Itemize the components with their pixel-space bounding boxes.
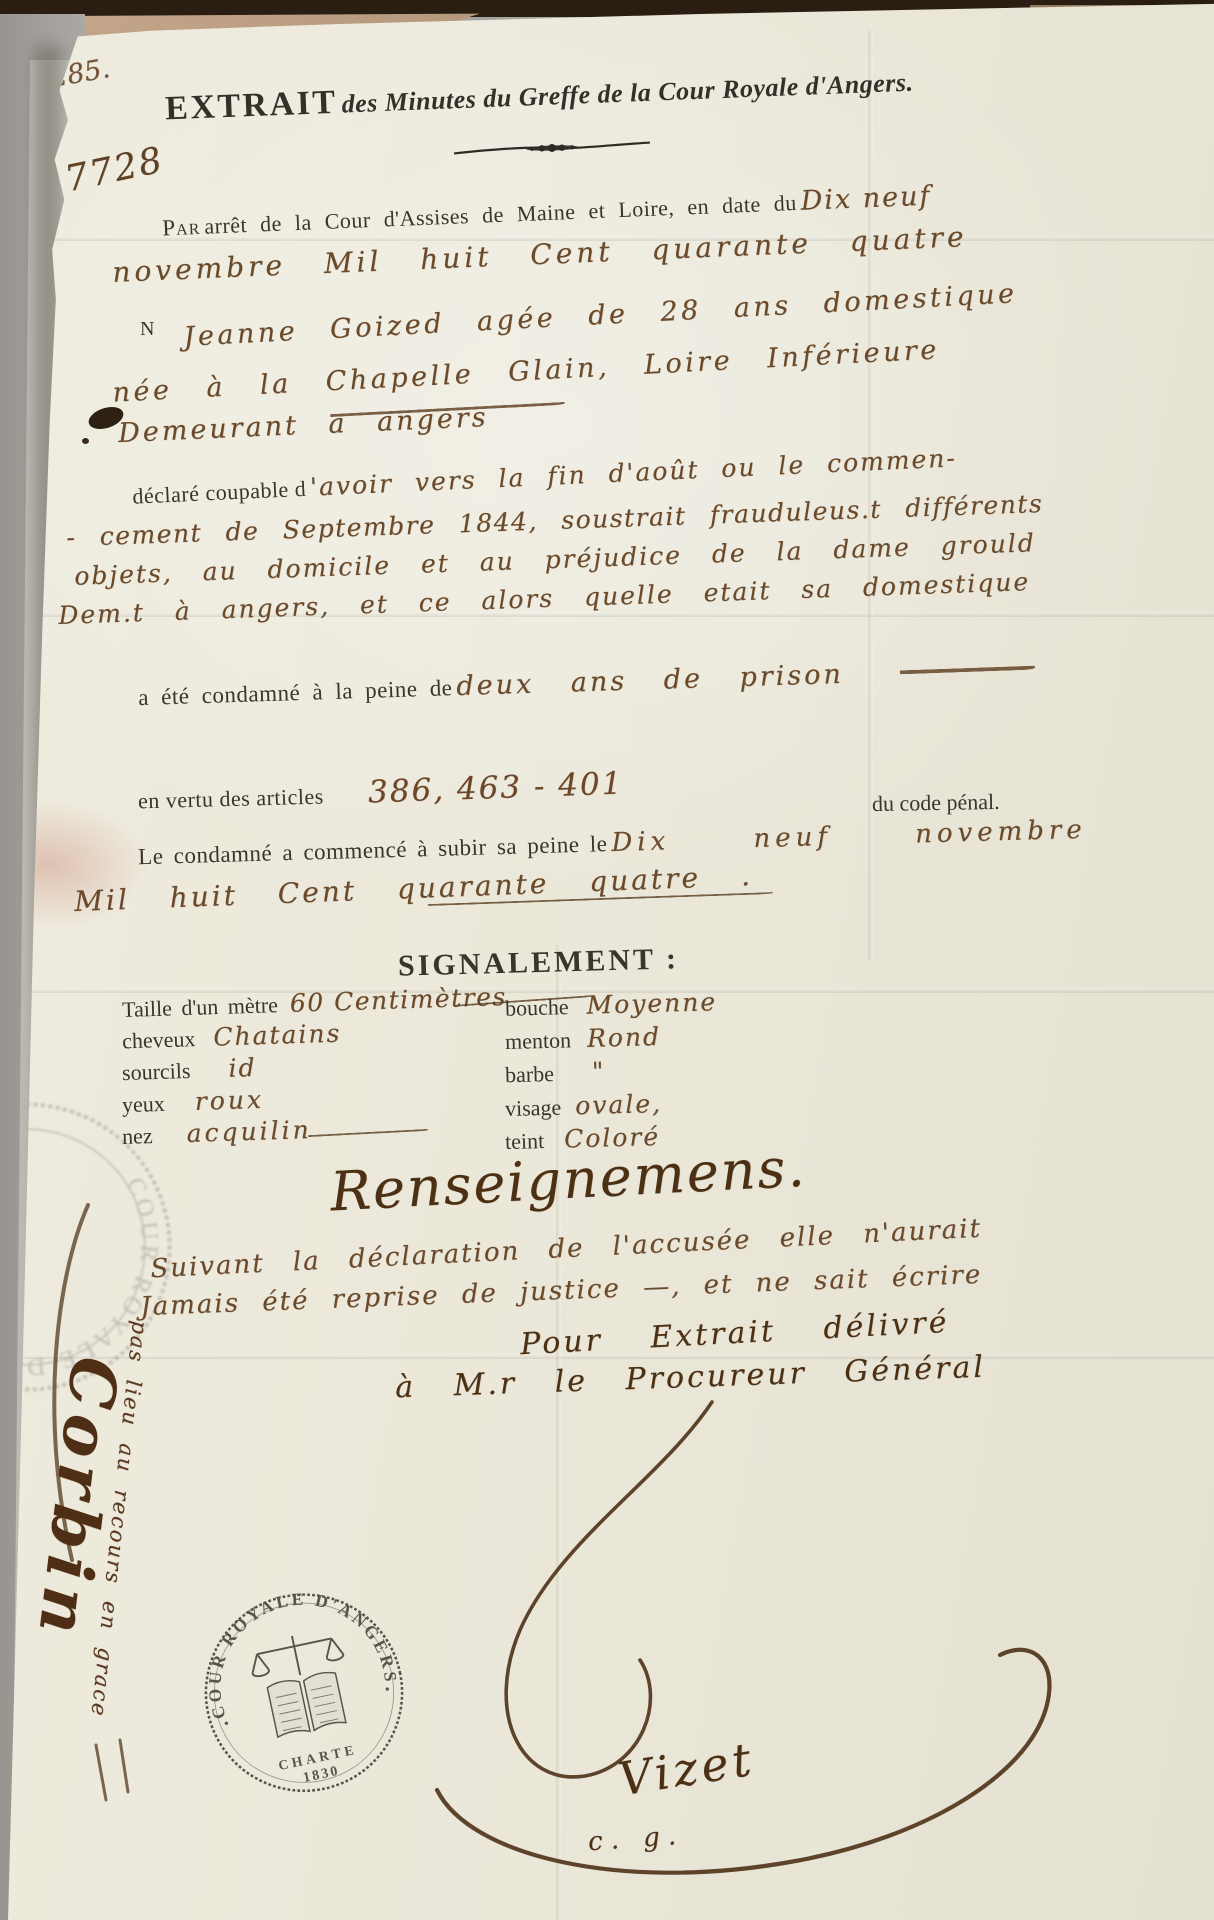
- signature: Vizet: [615, 1732, 759, 1807]
- signature-postscript: c. g.: [587, 1821, 685, 1858]
- signalement-label: visage: [505, 1095, 562, 1121]
- signalement-heading: SIGNALEMENT :: [398, 942, 680, 983]
- ink-dot: [82, 438, 89, 444]
- commence-handwritten-1: Dix neuf novembre: [611, 815, 1087, 858]
- signalement-value: ": [591, 1057, 603, 1086]
- code-penal-print: du code pénal.: [872, 789, 1000, 817]
- ink-dash: [900, 666, 1035, 675]
- signalement-label: barbe: [505, 1061, 554, 1087]
- arret-date-handwritten: Dix neuf: [800, 181, 932, 217]
- guilty-handwritten-1: 'avoir vers la fin d'août ou le commen-: [309, 443, 957, 501]
- signalement-row: menton Rond: [505, 1022, 662, 1055]
- signalement-value: id: [228, 1053, 257, 1083]
- signalement-row: yeux roux: [122, 1085, 265, 1118]
- title-lead: EXTRAIT: [165, 84, 339, 128]
- title-rest: des Minutes du Greffe de la Cour Royale …: [341, 68, 914, 119]
- signalement-label: menton: [505, 1027, 572, 1054]
- document-paper: COUR ROYALE D'ANGERS 285. EXTRAIT des Mi…: [0, 0, 1214, 1920]
- commence-print: Le condamné a commencé à subir sa peine …: [138, 831, 608, 869]
- articles-print: en vertu des articles: [138, 784, 324, 815]
- renseignements-heading: Renseignemens.: [329, 1136, 808, 1224]
- signalement-label: bouche: [505, 994, 569, 1021]
- signalement-value: roux: [194, 1085, 264, 1116]
- signalement-value: Moyenne: [586, 987, 717, 1019]
- document-title: EXTRAIT des Minutes du Greffe de la Cour…: [165, 62, 915, 129]
- ink-flourish: [308, 1129, 428, 1137]
- signalement-value: Rond: [587, 1022, 662, 1053]
- signalement-value: acquilin: [186, 1115, 312, 1148]
- signalement-row: sourcils id: [122, 1053, 257, 1086]
- arret-lead: Par: [162, 214, 201, 241]
- signalement-label: nez: [122, 1123, 153, 1149]
- sentence-print: a été condamné à la peine de: [138, 675, 453, 710]
- charter-tablets-icon: [267, 1670, 346, 1738]
- articles-handwritten: 386, 463 - 401: [367, 766, 624, 811]
- signalement-row: barbe ": [505, 1057, 604, 1089]
- guilty-print: déclaré coupable d: [132, 476, 307, 509]
- signalement-value: 60 Centimètres: [289, 982, 507, 1018]
- photo-of-document: COUR ROYALE D'ANGERS 285. EXTRAIT des Mi…: [0, 0, 1214, 1920]
- signalement-label: cheveux: [122, 1026, 196, 1053]
- title-ornament: [452, 135, 653, 164]
- signalement-label: sourcils: [122, 1058, 191, 1085]
- signalement-row: nez acquilin: [122, 1115, 312, 1150]
- signalement-label: yeux: [122, 1091, 166, 1117]
- commence-line: Le condamné a commencé à subir sa peine …: [138, 815, 1087, 871]
- signalement-value: Chatains: [213, 1019, 342, 1052]
- signalement-value: ovale,: [575, 1089, 663, 1120]
- n-label: N: [140, 318, 154, 341]
- signalement-label: Taille d'un mètre: [122, 992, 279, 1022]
- sentence-handwritten: deux ans de prison: [456, 659, 844, 702]
- signalement-row: visage ovale,: [505, 1089, 663, 1122]
- sentence-line: a été condamné à la peine de deux ans de…: [138, 659, 845, 712]
- signalement-row: bouche Moyenne: [505, 987, 718, 1022]
- court-stamp: COUR ROYALE D'ANGERS CHA: [198, 1582, 410, 1814]
- signalement-row: cheveux Chatains: [122, 1019, 342, 1055]
